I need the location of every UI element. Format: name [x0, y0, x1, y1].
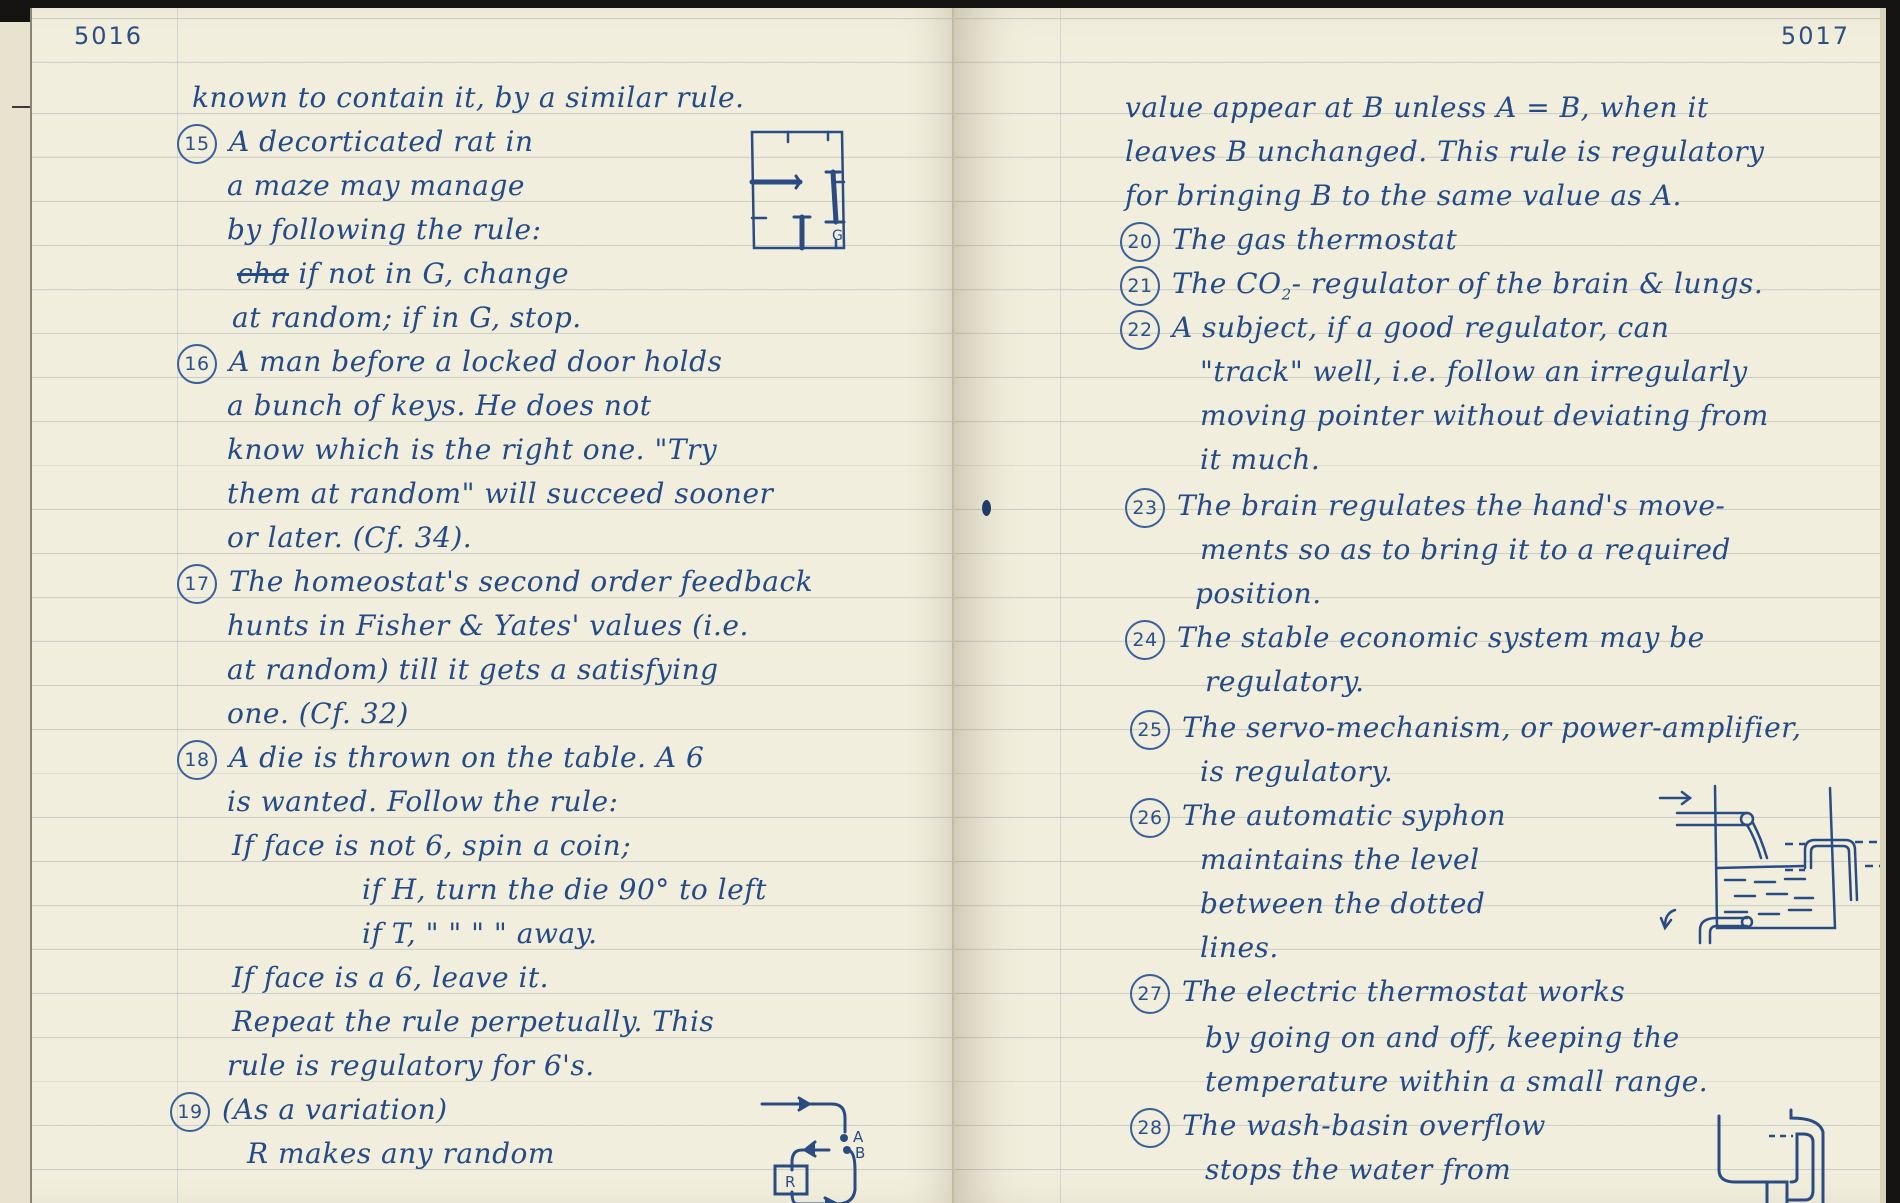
entry-number-badge: 28: [1130, 1108, 1170, 1148]
text-line: hunts in Fisher & Yates' values (i.e.: [227, 604, 749, 648]
line-text: known to contain it, by a similar rule.: [192, 81, 745, 114]
node-b-label: B: [855, 1144, 865, 1162]
line-text: is regulatory.: [1200, 755, 1393, 788]
text-line: cha if not in G, change: [237, 252, 569, 296]
page-number: 5016: [74, 22, 143, 50]
entry-25: 25The servo-mechanism, or power-amplifie…: [1130, 706, 1801, 750]
text-line: leaves B unchanged. This rule is regulat…: [1125, 130, 1764, 174]
right-page: 5017 value appear at B unless A = B, whe…: [955, 8, 1886, 1203]
binding-mark: [982, 500, 991, 516]
text-line: between the dotted: [1200, 882, 1485, 926]
line-text: lines.: [1200, 931, 1279, 964]
text-line: If face is not 6, spin a coin;: [232, 824, 631, 868]
entry-19: 19(As a variation): [170, 1088, 448, 1132]
line-text: If face is a 6, leave it.: [232, 961, 549, 994]
entry-number-badge: 22: [1120, 310, 1160, 350]
text-line: is regulatory.: [1200, 750, 1393, 794]
text-line: temperature within a small range.: [1205, 1060, 1708, 1104]
line-text: between the dotted: [1200, 887, 1485, 920]
entry-28: 28The wash-basin overflow: [1130, 1104, 1546, 1148]
line-text: at random; if in G, stop.: [232, 301, 582, 334]
text-line: maintains the level: [1200, 838, 1480, 882]
line-text: for bringing B to the same value as A.: [1125, 179, 1682, 212]
text-line: if T, " " " " away.: [362, 912, 598, 956]
line-text: if T, " " " " away.: [362, 917, 598, 950]
line-text: hunts in Fisher & Yates' values (i.e.: [227, 609, 749, 642]
line-text: maintains the level: [1200, 843, 1480, 876]
line-text: The CO: [1172, 267, 1282, 300]
line-text: stops the water from: [1205, 1153, 1511, 1186]
text-line: moving pointer without deviating from: [1200, 394, 1769, 438]
text-line: regulatory.: [1205, 660, 1365, 704]
line-text: A decorticated rat in: [229, 125, 534, 158]
line-text: The brain regulates the hand's move-: [1177, 489, 1725, 522]
text-line: if H, turn the die 90° to left: [362, 868, 767, 912]
entry-number-badge: 24: [1125, 620, 1165, 660]
left-page: 5016 known to contain it, by a similar r…: [30, 8, 957, 1203]
text-line: at random; if in G, stop.: [232, 296, 582, 340]
entry-23: 23The brain regulates the hand's move-: [1125, 484, 1725, 528]
margin-line: [1060, 8, 1061, 1203]
entry-18: 18A die is thrown on the table. A 6: [177, 736, 704, 780]
line-text: or later. (Cf. 34).: [227, 521, 472, 554]
entry-number-badge: 15: [177, 124, 217, 164]
entry-number-badge: 26: [1130, 798, 1170, 838]
text-line: one. (Cf. 32): [227, 692, 409, 736]
line-text: If face is not 6, spin a coin;: [232, 829, 631, 862]
entry-22: 22A subject, if a good regulator, can: [1120, 306, 1669, 350]
text-line: at random) till it gets a satisfying: [227, 648, 719, 692]
entry-number-badge: 25: [1130, 710, 1170, 750]
line-text: temperature within a small range.: [1205, 1065, 1708, 1098]
entry-number-badge: 20: [1120, 222, 1160, 262]
line-text: A man before a locked door holds: [229, 345, 722, 378]
line-text: The gas thermostat: [1172, 223, 1457, 256]
entry-27: 27The electric thermostat works: [1130, 970, 1625, 1014]
line-text: A subject, if a good regulator, can: [1172, 311, 1669, 344]
notebook-spread: 5016 known to contain it, by a similar r…: [0, 0, 1900, 1203]
line-text: know which is the right one. "Try: [227, 433, 717, 466]
line-text: The electric thermostat works: [1182, 975, 1625, 1008]
margin-line: [177, 8, 178, 1203]
text-line: a maze may manage: [227, 164, 525, 208]
line-text: position.: [1195, 577, 1322, 610]
text-line: by going on and off, keeping the: [1205, 1016, 1680, 1060]
line-text: a maze may manage: [227, 169, 525, 202]
text-line: them at random" will succeed sooner: [227, 472, 773, 516]
text-line: it much.: [1200, 438, 1320, 482]
line-text: "track" well, i.e. follow an irregularly: [1200, 355, 1748, 388]
line-text: The automatic syphon: [1182, 799, 1506, 832]
line-text: moving pointer without deviating from: [1200, 399, 1769, 432]
text-line: lines.: [1200, 926, 1279, 970]
text-line: for bringing B to the same value as A.: [1125, 174, 1682, 218]
line-text: by following the rule:: [227, 213, 542, 246]
line-text: The servo-mechanism, or power-amplifier,: [1182, 711, 1801, 744]
text-line: know which is the right one. "Try: [227, 428, 717, 472]
text-line: position.: [1195, 572, 1322, 616]
text-line: value appear at B unless A = B, when it: [1125, 86, 1709, 130]
line-text: one. (Cf. 32): [227, 697, 409, 730]
line-text: ments so as to bring it to a required: [1200, 533, 1731, 566]
text-line: Repeat the rule perpetually. This: [232, 1000, 714, 1044]
entry-16: 16A man before a locked door holds: [177, 340, 722, 384]
line-text: a bunch of keys. He does not: [227, 389, 652, 422]
entry-26: 26The automatic syphon: [1130, 794, 1506, 838]
entry-21: 21The CO2- regulator of the brain & lung…: [1120, 262, 1763, 306]
entry-number-badge: 27: [1130, 974, 1170, 1014]
struck-text: cha: [237, 257, 289, 290]
page-tab-mark: [12, 106, 32, 108]
entry-24: 24The stable economic system may be: [1125, 616, 1705, 660]
entry-number-badge: 19: [170, 1092, 210, 1132]
line-text: The stable economic system may be: [1177, 621, 1705, 654]
line-text: Repeat the rule perpetually. This: [232, 1005, 714, 1038]
random-box-label: R: [785, 1173, 795, 1191]
maze-diagram: G: [740, 120, 860, 260]
line-text: is wanted. Follow the rule:: [227, 785, 619, 818]
text-line: is wanted. Follow the rule:: [227, 780, 619, 824]
line-text: A die is thrown on the table. A 6: [229, 741, 704, 774]
text-line: known to contain it, by a similar rule.: [192, 76, 745, 120]
text-line: rule is regulatory for 6's.: [227, 1044, 595, 1088]
entry-number-badge: 21: [1120, 266, 1160, 306]
text-line: stops the water from: [1205, 1148, 1511, 1192]
text-line: ments so as to bring it to a required: [1200, 528, 1731, 572]
entry-number-badge: 23: [1125, 488, 1165, 528]
line-text: at random) till it gets a satisfying: [227, 653, 719, 686]
entry-number-badge: 18: [177, 740, 217, 780]
text-line: a bunch of keys. He does not: [227, 384, 652, 428]
syphon-diagram: [1655, 778, 1886, 948]
line-text: regulatory.: [1205, 665, 1365, 698]
line-text: R makes any random: [247, 1137, 555, 1170]
line-text: (As a variation): [222, 1093, 448, 1126]
page-number: 5017: [1781, 22, 1850, 50]
entry-17: 17The homeostat's second order feedback: [177, 560, 813, 604]
line-text: The homeostat's second order feedback: [229, 565, 813, 598]
maze-goal-label: G: [832, 228, 843, 244]
text-line: R makes any random: [247, 1132, 555, 1176]
entry-20: 20The gas thermostat: [1120, 218, 1457, 262]
line-text: if not in G, change: [298, 257, 569, 290]
text-line: by following the rule:: [227, 208, 542, 252]
line-text: by going on and off, keeping the: [1205, 1021, 1680, 1054]
line-text: leaves B unchanged. This rule is regulat…: [1125, 135, 1764, 168]
line-text: them at random" will succeed sooner: [227, 477, 773, 510]
text-line: "track" well, i.e. follow an irregularly: [1200, 350, 1748, 394]
line-text: value appear at B unless A = B, when it: [1125, 91, 1709, 124]
line-text: if H, turn the die 90° to left: [362, 873, 767, 906]
washbasin-overflow-diagram: [1695, 1098, 1835, 1203]
line-text: it much.: [1200, 443, 1320, 476]
regulator-loop-diagram: R A B: [747, 1090, 897, 1203]
entry-15: 15A decorticated rat in: [177, 120, 534, 164]
text-line: If face is a 6, leave it.: [232, 956, 549, 1000]
subscript: 2: [1282, 286, 1292, 304]
line-text: The wash-basin overflow: [1182, 1109, 1546, 1142]
entry-number-badge: 16: [177, 344, 217, 384]
line-text: rule is regulatory for 6's.: [227, 1049, 595, 1082]
text-line: or later. (Cf. 34).: [227, 516, 472, 560]
line-text: - regulator of the brain & lungs.: [1292, 267, 1764, 300]
entry-number-badge: 17: [177, 564, 217, 604]
